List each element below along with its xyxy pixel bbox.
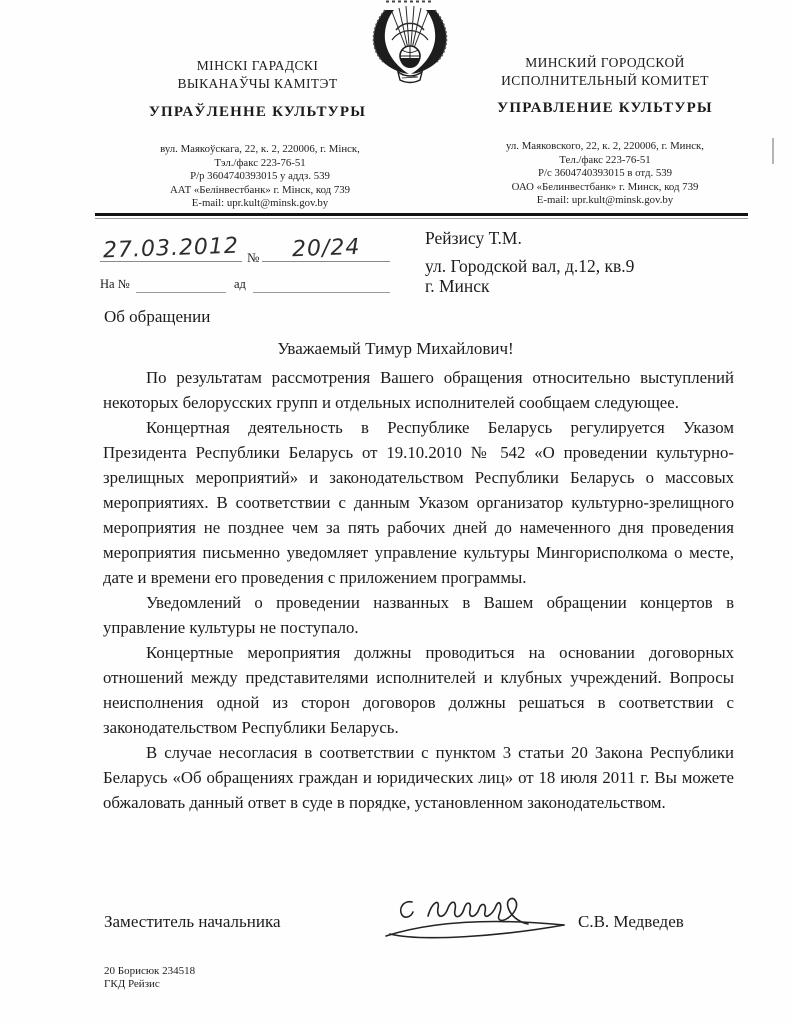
- paragraph: Уведомлений о проведении названных в Ваш…: [103, 590, 734, 640]
- reply-to-number-blank: [136, 277, 226, 293]
- executor-line2: ГКД Рейзис: [104, 978, 195, 991]
- outgoing-number-field: 20/24: [262, 236, 390, 262]
- handwritten-number: 20/24: [291, 235, 360, 262]
- addr-right-line: ОАО «Белинвестбанк» г. Минск, код 739: [455, 181, 755, 195]
- signer-name: С.В. Медведев: [578, 912, 684, 932]
- recipient-name: Рейзису Т.М.: [425, 228, 745, 249]
- outgoing-date-field: 27.03.2012: [100, 236, 242, 262]
- addr-left-line: Тэл./факс 223-76-51: [120, 157, 400, 171]
- subject-line: Об обращении: [104, 307, 210, 327]
- org-name-belarusian: МІНСКІ ГАРАДСКІ ВЫКАНАЎЧЫ КАМІТЭТ УПРАЎЛ…: [130, 57, 385, 121]
- paragraph: Концертные мероприятия должны проводитьс…: [103, 640, 734, 740]
- org-right-line2: ИСПОЛНИТЕЛЬНЫЙ КОМИТЕТ: [455, 72, 755, 90]
- executor-note: 20 Борисюк 234518 ГКД Рейзис: [104, 965, 195, 991]
- address-block-belarusian: вул. Маякоўскага, 22, к. 2, 220006, г. М…: [120, 143, 400, 211]
- addr-right-line: Р/с 3604740393015 в отд. 539: [455, 167, 755, 181]
- org-left-department: УПРАЎЛЕННЕ КУЛЬТУРЫ: [130, 104, 385, 121]
- addr-right-line: E-mail: upr.kult@minsk.gov.by: [455, 194, 755, 208]
- addr-right-line: ул. Маяковского, 22, к. 2, 220006, г. Ми…: [455, 140, 755, 154]
- org-right-department: УПРАВЛЕНИЕ КУЛЬТУРЫ: [455, 100, 755, 117]
- recipient-address-line2: г. Минск: [425, 276, 745, 296]
- addr-left-line: ААТ «Белінвестбанк» г. Мінск, код 739: [120, 184, 400, 198]
- org-right-line1: МИНСКИЙ ГОРОДСКОЙ: [455, 54, 755, 72]
- org-left-line2: ВЫКАНАЎЧЫ КАМІТЭТ: [130, 75, 385, 93]
- org-left-line1: МІНСКІ ГАРАДСКІ: [130, 57, 385, 75]
- handwritten-date: 27.03.2012: [103, 234, 240, 264]
- scanned-letter-page: МІНСКІ ГАРАДСКІ ВЫКАНАЎЧЫ КАМІТЭТ УПРАЎЛ…: [0, 0, 791, 1024]
- addr-left-line: Р/р 3604740393015 у аддз. 539: [120, 170, 400, 184]
- salutation: Уважаемый Тимур Михайлович!: [0, 339, 791, 359]
- header-divider: [95, 213, 748, 219]
- addr-left-line: E-mail: upr.kult@minsk.gov.by: [120, 197, 400, 211]
- letter-body: По результатам рассмотрения Вашего обращ…: [103, 365, 734, 815]
- paragraph: В случае несогласия в соответствии с пун…: [103, 740, 734, 815]
- reply-to-number-label: На №: [100, 277, 130, 292]
- reply-from-date-blank: [253, 277, 390, 293]
- reply-from-date-label: ад: [234, 277, 246, 292]
- scan-artifact: [772, 138, 774, 164]
- addr-right-line: Тел./факс 223-76-51: [455, 154, 755, 168]
- addr-left-line: вул. Маякоўскага, 22, к. 2, 220006, г. М…: [120, 143, 400, 157]
- handwritten-signature-icon: [382, 888, 582, 946]
- number-sign-label: №: [247, 250, 259, 266]
- signer-title: Заместитель начальника: [104, 912, 281, 932]
- recipient-block: Рейзису Т.М. ул. Городской вал, д.12, кв…: [425, 228, 745, 296]
- paragraph: По результатам рассмотрения Вашего обращ…: [103, 365, 734, 415]
- recipient-address-line1: ул. Городской вал, д.12, кв.9: [425, 256, 745, 276]
- org-name-russian: МИНСКИЙ ГОРОДСКОЙ ИСПОЛНИТЕЛЬНЫЙ КОМИТЕТ…: [455, 54, 755, 117]
- executor-line1: 20 Борисюк 234518: [104, 965, 195, 978]
- paragraph: Концертная деятельность в Республике Бел…: [103, 415, 734, 590]
- address-block-russian: ул. Маяковского, 22, к. 2, 220006, г. Ми…: [455, 140, 755, 208]
